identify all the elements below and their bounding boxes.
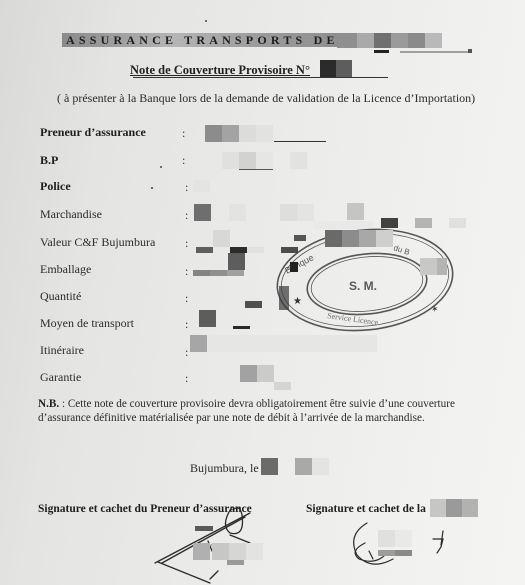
field-label-valeur: Valeur C&F Bujumbura: [40, 235, 155, 250]
field-colon: :: [185, 291, 188, 306]
field-label-bp: B.P: [40, 153, 58, 168]
field-label-transport: Moyen de transport: [40, 316, 134, 331]
field-colon: :: [182, 126, 185, 141]
svg-text:S. M.: S. M.: [349, 279, 377, 293]
paper-speck: [205, 20, 207, 22]
field-label-emballage: Emballage: [40, 262, 91, 277]
field-colon: :: [185, 264, 188, 279]
field-colon: :: [185, 208, 188, 223]
field-label-marchandise: Marchandise: [40, 207, 102, 222]
field-label-police: Police: [40, 179, 71, 194]
svg-text:✶: ✶: [431, 304, 439, 314]
paper-speck: [151, 187, 153, 189]
document-title: Note de Couverture Provisoire N°: [130, 63, 310, 78]
field-label-garantie: Garantie: [40, 370, 81, 385]
field-label-preneur: Preneur d’assurance: [40, 125, 146, 140]
field-label-itineraire: Itinéraire: [40, 343, 84, 358]
field-colon: :: [185, 180, 188, 195]
svg-text:★: ★: [293, 296, 302, 307]
title-underline: [133, 77, 388, 78]
place-date: Bujumbura, le: [190, 461, 259, 476]
field-colon: :: [185, 317, 188, 332]
signature-label-company: Signature et cachet de la: [306, 503, 426, 515]
field-label-quantite: Quantité: [40, 289, 81, 304]
field-colon: :: [185, 236, 188, 251]
company-name-prefix: ASSURANCE TRANSPORTS DES: [66, 33, 342, 47]
nb-text: : Cette note de couverture provisoire de…: [38, 398, 455, 424]
paper-speck: [160, 166, 162, 168]
field-colon: :: [182, 153, 185, 168]
place-text: Bujumbura, le: [190, 461, 259, 475]
field-colon: :: [185, 371, 188, 386]
document-title-text: Note de Couverture Provisoire N°: [130, 63, 310, 77]
nb-prefix: N.B.: [38, 398, 59, 410]
field-colon: :: [185, 345, 188, 360]
document-subtitle: ( à présenter à la Banque lors de la dem…: [57, 91, 475, 106]
nb-note: N.B. : Cette note de couverture provisoi…: [38, 397, 508, 425]
company-header-band: ASSURANCE TRANSPORTS DES: [62, 33, 342, 47]
